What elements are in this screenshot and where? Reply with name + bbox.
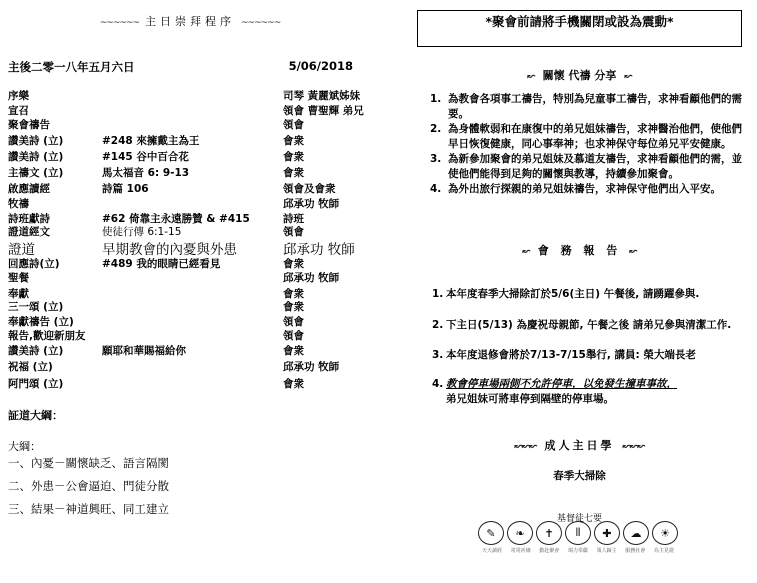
program-row: 主禱文 (立)馬太福音 6: 9-13會衆 (8, 165, 378, 179)
announce-text: 下主日(5/13) 為慶祝母親節, 午餐之後 請弟兄參與清潔工作. (446, 319, 731, 331)
program-row: 序樂司琴 黃麗斌姊妹 (8, 88, 378, 102)
program-row-sermon: 證道早期教會的內憂與外患邱承功 牧師 (8, 238, 378, 256)
program-leader: 會衆 (283, 343, 304, 358)
program-content: 詩篇 106 (102, 181, 149, 196)
service-icon: ☁ (623, 521, 649, 545)
program-row: 阿門頌 (立)會衆 (8, 376, 378, 390)
program-row: 讚美詩 (立)#145 谷中百合花會衆 (8, 149, 378, 163)
program-row: 證道經文使徒行傳 6:1-15領會 (8, 224, 378, 238)
prayer-section-title: ↜關懷 代禱 分享↜ (417, 67, 742, 83)
prayer-num: 3. (430, 152, 441, 167)
seven-essentials-icons: ✎ ❧ ✝ ⦀ ✚ ☁ ☀ (478, 521, 678, 545)
program-row: 讚美詩 (立)#248 來擁戴主為王會衆 (8, 133, 378, 147)
prayer-num: 4. (430, 182, 441, 197)
announcements-section-title: ↜會 務 報 告↜ (417, 242, 742, 258)
gathering-icon: ✝ (536, 521, 562, 545)
praying-icon: ❧ (507, 521, 533, 545)
prayer-text: 為身體軟弱和在康復中的弟兄姐妹禱告，求神醫治他們，使他們早日恢復健康，同心事奉神… (448, 123, 742, 150)
program-item: 讚美詩 (立) (8, 149, 63, 164)
outline-label: 大綱： (8, 438, 41, 454)
outline-item: 二、外患－公會逼迫、門徒分散 (8, 478, 169, 494)
bible-reading-icon: ✎ (478, 521, 504, 545)
program-item: 聖餐 (8, 270, 29, 285)
program-content: #145 谷中百合花 (102, 149, 189, 164)
announcement-item: 1.本年度春季大掃除訂於5/6(主日) 午餐後, 請踴躍參與. (432, 286, 752, 301)
sermon-title: 早期教會的內憂與外患 (102, 238, 237, 258)
program-item: 讚美詩 (立) (8, 343, 63, 358)
program-item: 報告,歡迎新朋友 (8, 328, 86, 343)
program-leader: 會衆 (283, 165, 304, 180)
announce-text: 本年度春季大掃除訂於5/6(主日) 午餐後, 請踴躍參與. (446, 288, 699, 300)
program-row: 聖餐邱承功 牧師 (8, 270, 378, 284)
ornament-left-icon: ~~~~~~ (100, 18, 139, 28)
program-row: 詩班獻詩#62 倚靠主永遠勝贊 & #415詩班 (8, 211, 378, 225)
caption: 為主見證 (650, 547, 678, 554)
program-leader: 司琴 黃麗斌姊妹 (283, 88, 360, 103)
sermon-outline-heading: 証道大綱： (8, 407, 63, 423)
program-leader: 領會 (283, 117, 304, 132)
announcement-item: 4.教會停車場兩側不允許停車，以免發生撞車事故，弟兄姐妹可將車停到隔壁的停車場。 (432, 376, 752, 406)
program-leader: 領會 曹聖輝 弟兄 (283, 103, 364, 118)
announce-num: 1. (432, 288, 446, 300)
caption: 勤赴聚會 (535, 547, 563, 554)
caption: 領人歸主 (593, 547, 621, 554)
announce-text: 本年度退修會將於7/13-7/15舉行, 講員: 榮大端長老 (446, 349, 696, 361)
program-content: 願耶和華賜福給你 (102, 343, 186, 358)
program-item: 主禱文 (立) (8, 165, 63, 180)
program-leader: 領會 (283, 314, 304, 329)
program-row: 奉獻會衆 (8, 286, 378, 300)
program-row: 三一頌 (立)會衆 (8, 299, 378, 313)
announce-title-text: 會 務 報 告 (538, 244, 622, 257)
program-row: 讚美詩 (立)願耶和華賜福給你會衆 (8, 343, 378, 357)
program-row: 啟應讀經詩篇 106領會及會衆 (8, 181, 378, 195)
program-item: 祝福 (立) (8, 359, 53, 374)
program-item: 讚美詩 (立) (8, 133, 63, 148)
scroll-ornament-icon: ↜↜↜ (623, 441, 645, 452)
program-item: 宣召 (8, 103, 29, 118)
program-leader: 領會 (283, 224, 304, 239)
program-row: 報告,歡迎新朋友領會 (8, 328, 378, 342)
program-content: #248 來擁戴主為王 (102, 133, 199, 148)
program-content: 馬太福音 6: 9-13 (102, 165, 189, 180)
sunday-school-title: ↜↜↜成人主日學↜↜↜ (417, 437, 742, 453)
prayer-text: 為新參加聚會的弟兄姐妹及慕道友禱告，求神看顧他們的需，並使他們能得到足夠的關懷與… (448, 153, 742, 180)
program-row: 回應詩(立)#489 我的眼睛已經看見會衆 (8, 256, 378, 270)
outline-item: 三、結果－神道興旺、同工建立 (8, 501, 169, 517)
prayer-item: 2.為身體軟弱和在康復中的弟兄姐妹禱告，求神醫治他們，使他們早日恢復健康，同心事… (430, 122, 750, 152)
prayer-num: 1. (430, 92, 441, 107)
program-content: 使徒行傳 6:1-15 (102, 224, 181, 239)
program-leader: 會衆 (283, 299, 304, 314)
program-leader: 領會及會衆 (283, 181, 336, 196)
program-item: 阿門頌 (立) (8, 376, 63, 391)
outline-item: 一、內憂－關懷缺乏、語言隔閡 (8, 455, 169, 471)
service-date: 主後二零一八年五月六日 5/06/2018 (8, 59, 353, 75)
caption: 竭力奉獻 (564, 547, 592, 554)
program-item: 序樂 (8, 88, 29, 103)
program-leader: 會衆 (283, 133, 304, 148)
program-item: 奉獻禱告 (立) (8, 314, 74, 329)
program-row: 祝福 (立)邱承功 牧師 (8, 359, 378, 373)
scroll-ornament-icon: ↜↜↜ (514, 441, 536, 452)
prayer-list: 1.為教會各項事工禱告，特別為兒童事工禱告，求神看顧他們的需要。 2.為身體軟弱… (430, 92, 750, 197)
caption: 天天讀經 (478, 547, 506, 554)
announce-num: 4. (432, 378, 446, 390)
scroll-ornament-icon: ↜ (629, 246, 636, 257)
date-numeric: 5/06/2018 (289, 59, 353, 73)
sunday-school-topic: 春季大掃除 (417, 468, 742, 483)
program-item: 三一頌 (立) (8, 299, 63, 314)
date-chinese: 主後二零一八年五月六日 (8, 60, 135, 74)
program-leader: 會衆 (283, 376, 304, 391)
program-item: 證道 (8, 238, 35, 258)
announcement-item: 3.本年度退修會將於7/13-7/15舉行, 講員: 榮大端長老 (432, 347, 752, 362)
announce-underlined-text: 教會停車場兩側不允許停車，以免發生撞車事故， (446, 378, 677, 390)
program-leader: 會衆 (283, 256, 304, 271)
evangelism-icon: ✚ (594, 521, 620, 545)
prayer-title-text: 關懷 代禱 分享 (543, 69, 617, 82)
program-item: 牧禱 (8, 196, 29, 211)
announce-text: 弟兄姐妹可將車停到隔壁的停車場。 (432, 391, 752, 406)
seven-essentials-captions: 天天讀經 常常祈禱 勤赴聚會 竭力奉獻 領人歸主 服務社會 為主見證 (478, 547, 678, 554)
program-leader: 領會 (283, 328, 304, 343)
scroll-ornament-icon: ↜ (522, 246, 529, 257)
offering-icon: ⦀ (565, 521, 591, 545)
caption: 服務社會 (621, 547, 649, 554)
caption: 常常祈禱 (507, 547, 535, 554)
prayer-item: 3.為新參加聚會的弟兄姐妹及慕道友禱告，求神看顧他們的需，並使他們能得到足夠的關… (430, 152, 750, 182)
prayer-item: 1.為教會各項事工禱告，特別為兒童事工禱告，求神看顧他們的需要。 (430, 92, 750, 122)
phone-notice-box: *聚會前請將手機關閉或設為震動* (417, 10, 742, 47)
program-item: 回應詩(立) (8, 256, 60, 271)
scroll-ornament-icon: ↜ (624, 71, 631, 82)
announce-num: 2. (432, 319, 446, 331)
program-leader: 會衆 (283, 149, 304, 164)
program-item: 證道經文 (8, 224, 50, 239)
program-leader: 邱承功 牧師 (283, 359, 339, 374)
program-title: ~~~~~~主日崇拜程序~~~~~~ (0, 13, 380, 29)
ornament-right-icon: ~~~~~~ (241, 18, 280, 28)
program-content: #489 我的眼睛已經看見 (102, 256, 220, 271)
program-leader: 邱承功 牧師 (283, 196, 339, 211)
prayer-text: 為外出旅行探親的弟兄姐妹禱告，求神保守他們出入平安。 (448, 183, 721, 195)
witness-icon: ☀ (652, 521, 678, 545)
program-row: 奉獻禱告 (立)領會 (8, 314, 378, 328)
prayer-text: 為教會各項事工禱告，特別為兒童事工禱告，求神看顧他們的需要。 (448, 93, 742, 120)
announce-num: 3. (432, 349, 446, 361)
program-row: 聚會禱告領會 (8, 117, 378, 131)
program-row: 牧禱邱承功 牧師 (8, 196, 378, 210)
phone-notice-text: *聚會前請將手機關閉或設為震動* (485, 14, 673, 29)
program-title-text: 主日崇拜程序 (145, 15, 235, 28)
program-item: 聚會禱告 (8, 117, 50, 132)
sunday-school-title-text: 成人主日學 (545, 439, 615, 452)
program-item: 啟應讀經 (8, 181, 50, 196)
program-leader: 邱承功 牧師 (283, 270, 339, 285)
prayer-item: 4.為外出旅行探親的弟兄姐妹禱告，求神保守他們出入平安。 (430, 182, 750, 197)
program-leader: 邱承功 牧師 (283, 238, 355, 258)
announcement-item: 2.下主日(5/13) 為慶祝母親節, 午餐之後 請弟兄參與清潔工作. (432, 317, 752, 332)
scroll-ornament-icon: ↜ (527, 71, 534, 82)
prayer-num: 2. (430, 122, 441, 137)
program-row: 宣召領會 曹聖輝 弟兄 (8, 103, 378, 117)
